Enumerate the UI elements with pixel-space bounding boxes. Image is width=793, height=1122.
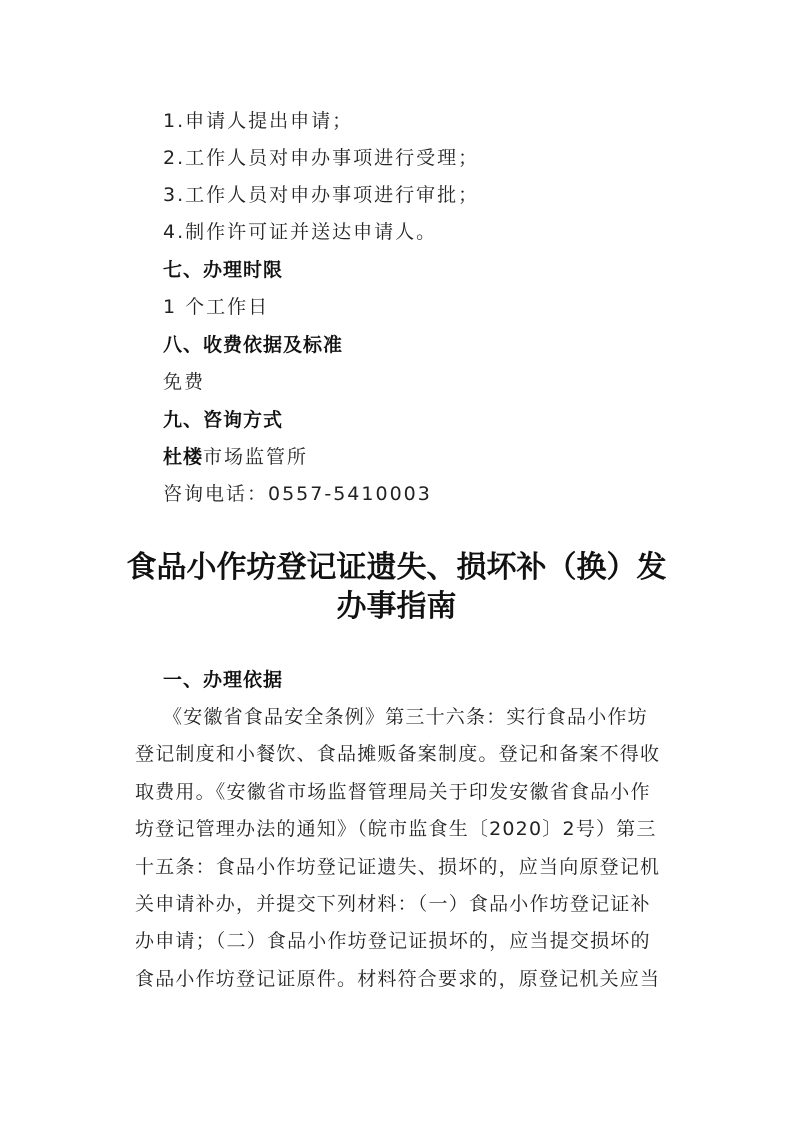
paragraph-line: 食品小作坊登记证原件。材料符合要求的，原登记机关应当 (135, 961, 675, 998)
step-1: 1.申请人提出申请； (163, 108, 353, 134)
section-9-heading: 九、咨询方式 (163, 407, 283, 433)
office-name-rest: 市场监管所 (203, 446, 308, 468)
paragraph-line: 关申请补办，并提交下列材料：（一）食品小作坊登记证补 (135, 886, 675, 923)
office-name-bold: 杜楼 (163, 446, 203, 468)
legal-basis-paragraph: 《安徽省食品安全条例》第三十六条：实行食品小作坊 登记制度和小餐饮、食品摊贩备案… (135, 699, 675, 998)
step-4: 4.制作许可证并送达申请人。 (163, 219, 437, 245)
section-8-value: 免费 (163, 369, 205, 395)
paragraph-line: 取费用。《安徽省市场监督管理局关于印发安徽省食品小作 (135, 774, 675, 811)
doc-title-line-2: 办事指南 (0, 587, 793, 627)
paragraph-line: 办申请；（二）食品小作坊登记证损坏的，应当提交损坏的 (135, 923, 675, 960)
paragraph-line: 十五条：食品小作坊登记证遗失、损坏的，应当向原登记机 (135, 849, 675, 886)
doc-title-line-1: 食品小作坊登记证遗失、损坏补（换）发 (0, 548, 793, 588)
section-7-heading: 七、办理时限 (163, 257, 283, 283)
section-1-heading: 一、办理依据 (163, 667, 283, 693)
step-2: 2.工作人员对申办事项进行受理； (163, 145, 479, 171)
paragraph-line: 坊登记管理办法的通知》（皖市监食生〔2020〕2号）第三 (135, 811, 675, 848)
contact-office: 杜楼市场监管所 (163, 444, 308, 470)
paragraph-line: 《安徽省食品安全条例》第三十六条：实行食品小作坊 (135, 699, 675, 736)
paragraph-line: 登记制度和小餐饮、食品摊贩备案制度。登记和备案不得收 (135, 736, 675, 773)
section-8-heading: 八、收费依据及标准 (163, 332, 343, 358)
step-3: 3.工作人员对申办事项进行审批； (163, 182, 479, 208)
contact-phone: 咨询电话：0557-5410003 (163, 481, 432, 507)
section-7-value: 1 个工作日 (163, 294, 269, 320)
